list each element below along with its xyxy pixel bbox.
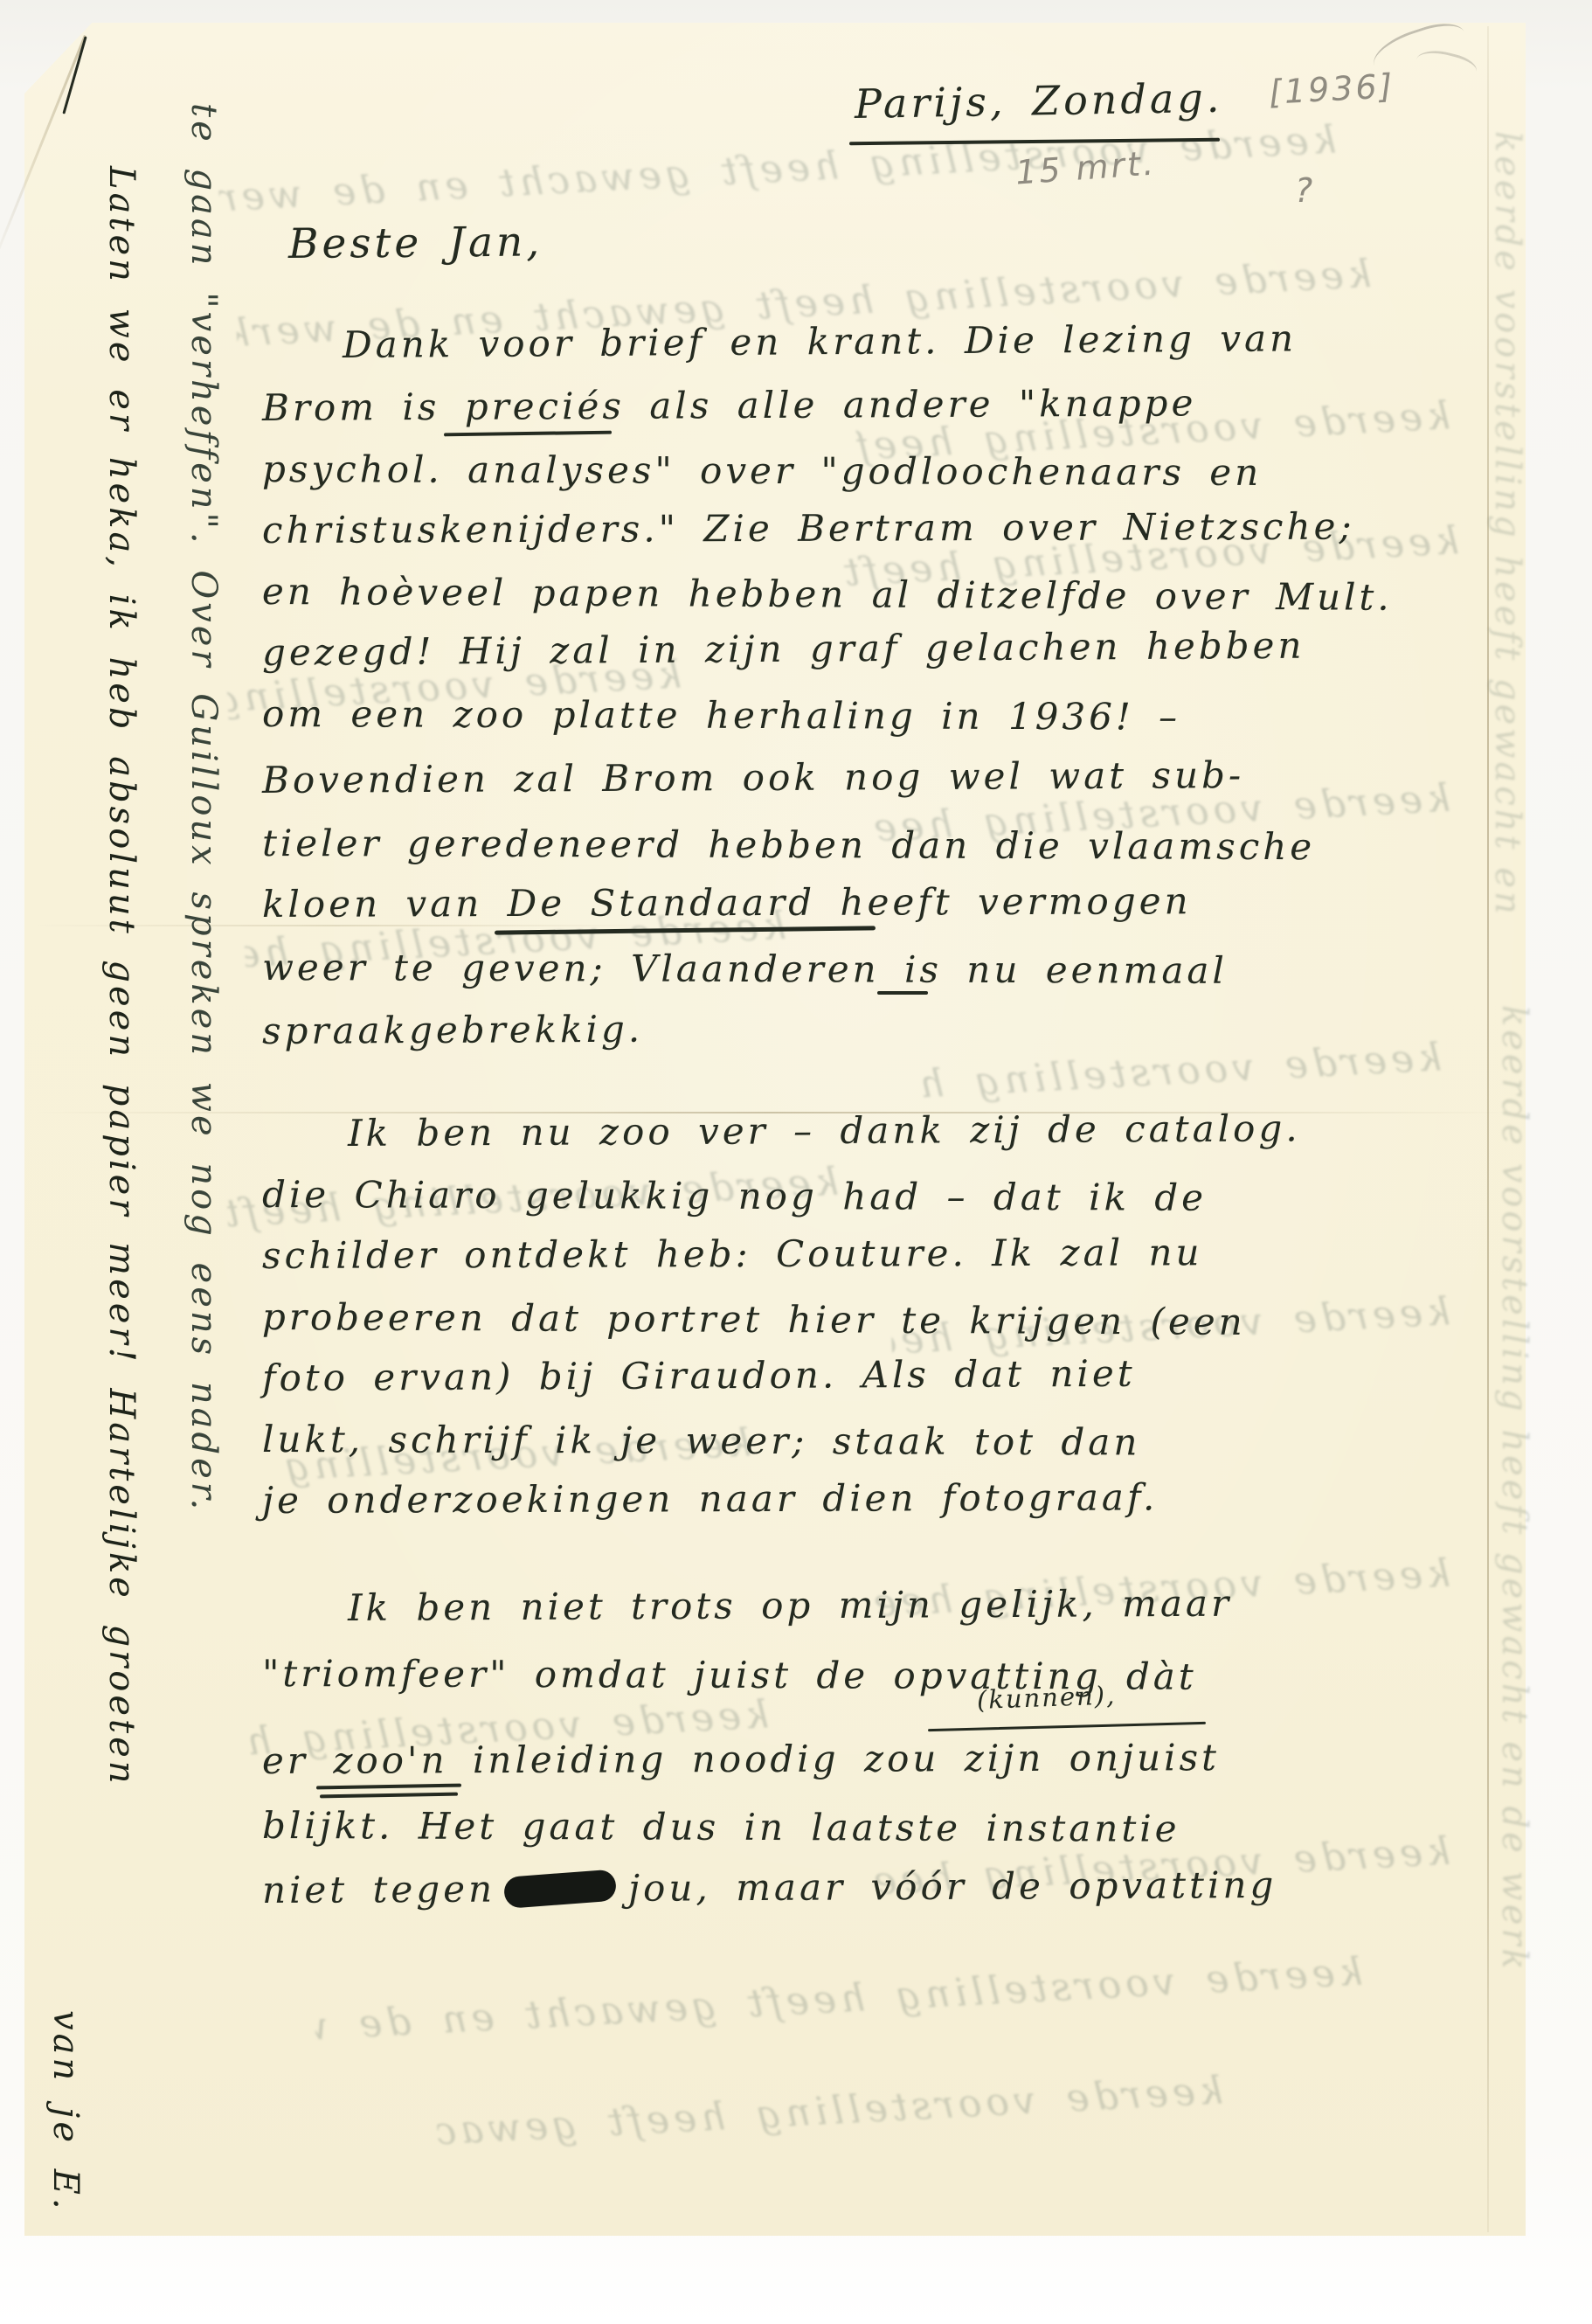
underline-stroke xyxy=(877,991,928,995)
handwriting-line: Dank voor brief en krant. Die lezing van xyxy=(343,316,1297,366)
handwriting-line: lukt, schrijf ik je weer; staak tot dan xyxy=(262,1418,1141,1464)
interlinear-insertion: (kunnen), xyxy=(976,1680,1116,1715)
margin-line: te gaan "verheffen". Over Guilloux sprek… xyxy=(183,103,224,1513)
scanned-letter-page: { "document": { "kind": "handwritten-let… xyxy=(0,0,1592,2324)
handwriting-line: Ik ben nu zoo ver – dank zij de catalog. xyxy=(348,1107,1301,1155)
handwriting-line: niet tegenjou, maar vóór de opvatting xyxy=(262,1863,1277,1911)
handwriting-line: er zoo'n inleiding noodig zou zijn onjui… xyxy=(262,1736,1220,1782)
handwriting-line: kloen van De Standaard heeft vermogen xyxy=(262,879,1192,926)
handwriting-line: spraakgebrekkig. xyxy=(262,1008,643,1052)
handwriting-line: Brom is preciés als alle andere "knappe xyxy=(262,381,1197,429)
handwriting-line: om een zoo platte herhaling in 1936! – xyxy=(262,692,1180,739)
handwriting-line: Ik ben niet trots op mijn gelijk, maar xyxy=(348,1582,1232,1629)
handwriting-line: christuskenijders." Zie Bertram over Nie… xyxy=(262,505,1355,552)
handwriting-line: blijkt. Het gaat dus in laatste instanti… xyxy=(262,1804,1180,1850)
handwriting-line: en hoèveel papen hebben al ditzelfde ove… xyxy=(262,570,1393,619)
handwriting-fragment: niet tegen xyxy=(262,1868,495,1911)
bleed-through-text-vertical: keerde voorstelling heeft gewacht en de … xyxy=(1494,1005,1534,1967)
margin-line: Laten we er heka, ik heb absoluut geen p… xyxy=(101,166,142,1787)
margin-line: van je E. xyxy=(45,2010,86,2213)
handwriting-fragment: jou, maar vóór de opvatting xyxy=(628,1863,1277,1910)
handwriting-line: psychol. analyses" over "godloochenaars … xyxy=(262,447,1262,494)
handwriting-line: Bovendien zal Brom ook nog wel wat sub- xyxy=(262,753,1244,801)
handwriting-line: probeeren dat portret hier te krijgen (e… xyxy=(262,1295,1246,1343)
bleed-through-text-vertical: keerde voorstelling heeft gewacht en de … xyxy=(1487,131,1527,918)
handwriting-line: gezegd! Hij zal in zijn graf gelachen he… xyxy=(262,624,1305,674)
handwriting-line: schilder ontdekt heb: Couture. Ik zal nu xyxy=(262,1231,1203,1277)
salutation-line: Beste Jan, xyxy=(288,218,543,268)
handwriting-line: je onderzoekingen naar dien fotograaf. xyxy=(262,1475,1158,1522)
pencil-question-mark: ? xyxy=(1295,171,1315,210)
handwriting-line: die Chiaro gelukkig nog had – dat ik de xyxy=(262,1173,1207,1219)
ink-blot xyxy=(503,1869,617,1908)
place-date-line: Parijs, Zondag. xyxy=(855,74,1223,128)
handwriting-line: foto ervan) bij Giraudon. Als dat niet xyxy=(262,1352,1136,1399)
pencil-year-annotation: [1936] xyxy=(1268,66,1395,111)
handwriting-line: weer te geven; Vlaanderen is nu eenmaal xyxy=(262,946,1228,992)
handwriting-line: tieler geredeneerd hebben dan die vlaams… xyxy=(262,822,1315,868)
